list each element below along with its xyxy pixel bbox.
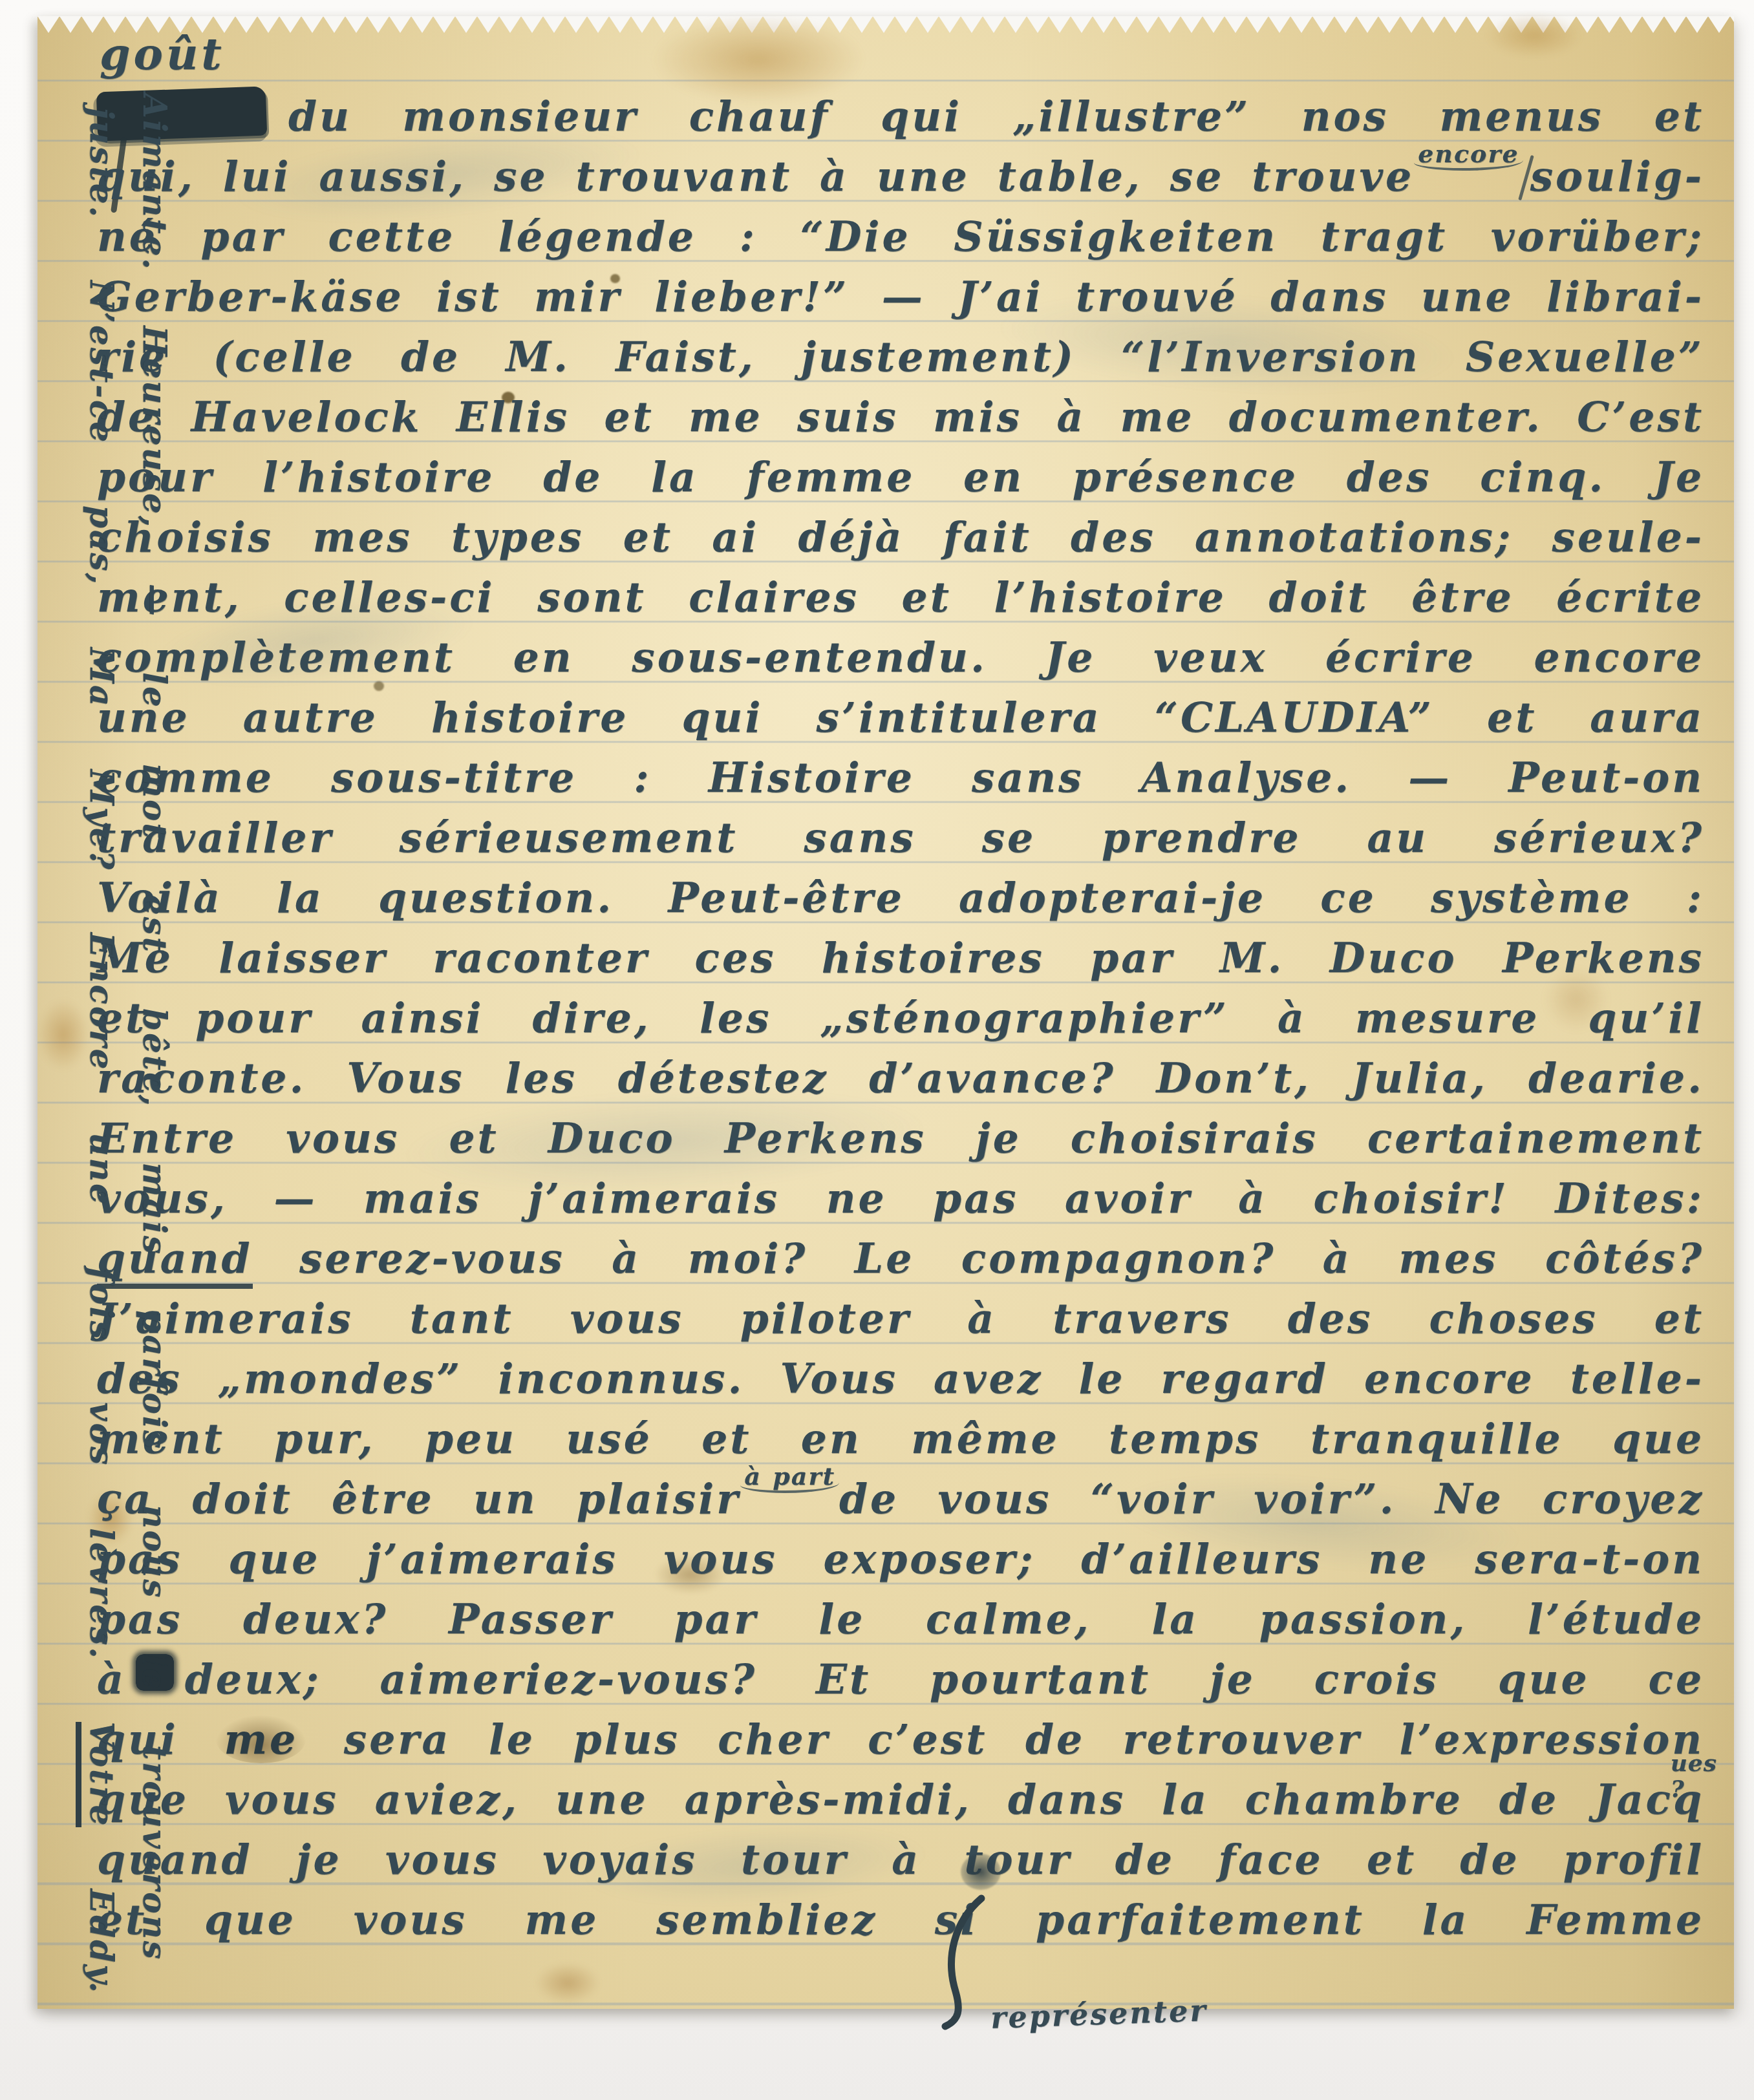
wrapped-word-tail: ues? <box>1671 1750 1717 1802</box>
letter-line: Entre vous et Duco Perkens je choisirais… <box>97 1108 1704 1169</box>
letter-line: pas deux? Passer par le calme, la passio… <box>97 1589 1704 1649</box>
letter-line: quand je vous voyais tour à tour de face… <box>97 1830 1704 1890</box>
letter-page: goût du monsieur chauf qui „illustre” no… <box>37 17 1734 2009</box>
letter-body: du monsieur chauf qui „illustre” nos men… <box>97 87 1704 1950</box>
wrap-text: ues <box>1671 1750 1717 1776</box>
letter-line: vous, — mais j’aimerais ne pas avoir à c… <box>97 1169 1704 1229</box>
line-text: qui, lui aussi, se trouvant à une table,… <box>97 153 1414 200</box>
letter-line: pour l’histoire de la femme en présence … <box>97 447 1704 507</box>
margin-note-inner: Aimante. Heureuse, — le mot est bête, ma… <box>131 93 178 1961</box>
letter-line: choisis mes types et ai déjà fait des an… <box>97 507 1704 567</box>
margin-note-outer: juste. N’est-ce pas, Ma Mye? Encore une … <box>78 107 125 1995</box>
letter-line: ment pur, peu usé et en même temps tranq… <box>97 1409 1704 1469</box>
scanned-letter: goût du monsieur chauf qui „illustre” no… <box>0 0 1754 2100</box>
letter-line: que vous aviez, une après-midi, dans la … <box>97 1770 1704 1830</box>
letter-line: à deux; aimeriez-vous? Et pourtant je cr… <box>97 1649 1704 1710</box>
signature-votre: Votre <box>76 1722 121 1828</box>
blotted-word: le <box>136 1654 174 1691</box>
letter-line: Voilà la question. Peut-être adopterai-j… <box>97 868 1704 928</box>
letter-line: né par cette légende : “Die Süssigkeiten… <box>97 207 1704 267</box>
letter-line: ça doit être un plaisirà partde vous “vo… <box>97 1469 1704 1529</box>
line-text: soulig- <box>1530 153 1704 200</box>
letter-line: qui me sera le plus cher c’est de retrou… <box>97 1710 1704 1770</box>
inserted-word: encore <box>1414 141 1523 171</box>
letter-line: et pour ainsi dire, les „sténographier” … <box>97 988 1704 1048</box>
insertion-bracket-icon <box>941 1894 987 2030</box>
letter-line: une autre histoire qui s’intitulera “CLA… <box>97 688 1704 748</box>
margin-text: Aimante. Heureuse, — le mot est bête, ma… <box>136 93 174 1654</box>
inserted-word: représenter <box>990 1994 1208 2034</box>
margin-text: juste. N’est-ce pas, Ma Mye? Encore une … <box>83 107 121 1722</box>
letter-line: raconte. Vous les détestez d’avance? Don… <box>97 1048 1704 1108</box>
letter-line: ment, celles-ci sont claires et l’histoi… <box>97 567 1704 628</box>
inserted-word-gout: goût <box>100 28 225 80</box>
letter-line: quand serez-vous à moi? Le compagnon? à … <box>97 1229 1704 1289</box>
line-text: de vous “voir voir”. Ne croyez <box>839 1475 1704 1523</box>
letter-line: rie (celle de M. Faist, justement) “l’In… <box>97 327 1704 387</box>
letter-line: Gerber-käse ist mir lieber!” — J’ai trou… <box>97 267 1704 327</box>
stain <box>535 1962 600 2004</box>
letter-line: complètement en sous-entendu. Je veux éc… <box>97 628 1704 688</box>
letter-line: de Havelock Ellis et me suis mis à me do… <box>97 387 1704 447</box>
letter-line: qui, lui aussi, se trouvant à une table,… <box>97 147 1704 207</box>
letter-line: des „mondes” inconnus. Vous avez le rega… <box>97 1349 1704 1409</box>
line-text: que vous aviez, une après-midi, dans la … <box>97 1776 1704 1823</box>
line-text: ça doit être un plaisir <box>97 1475 740 1523</box>
inserted-word: à part <box>740 1463 839 1493</box>
signature-eddy: Eddy. <box>83 1827 121 1995</box>
letter-line: du monsieur chauf qui „illustre” nos men… <box>97 87 1704 147</box>
letter-line: comme sous-titre : Histoire sans Analyse… <box>97 748 1704 808</box>
margin-text: trouverons <box>136 1691 174 1962</box>
deckled-edge <box>37 16 1734 33</box>
wrap-text: ? <box>1671 1776 1717 1802</box>
line-text: du monsieur chauf qui „illustre” nos men… <box>288 92 1704 140</box>
footnote-insertion: représenter <box>941 1894 1208 2030</box>
letter-line: et que vous me sembliez si parfaitement … <box>97 1890 1704 1950</box>
ink-blot <box>961 1854 1001 1890</box>
line-text: serez-vous à moi? Le compagnon? à mes cô… <box>253 1235 1704 1282</box>
letter-line: Me laisser raconter ces histoires par M.… <box>97 928 1704 988</box>
letter-line: pas que j’aimerais vous exposer; d’aille… <box>97 1529 1704 1589</box>
letter-line: J’aimerais tant vous piloter à travers d… <box>97 1289 1704 1349</box>
letter-line: travailler sérieusement sans se prendre … <box>97 808 1704 868</box>
smudged-word: me <box>216 1715 306 1763</box>
line-text: sera le plus cher c’est de retrouver l’e… <box>306 1715 1704 1763</box>
